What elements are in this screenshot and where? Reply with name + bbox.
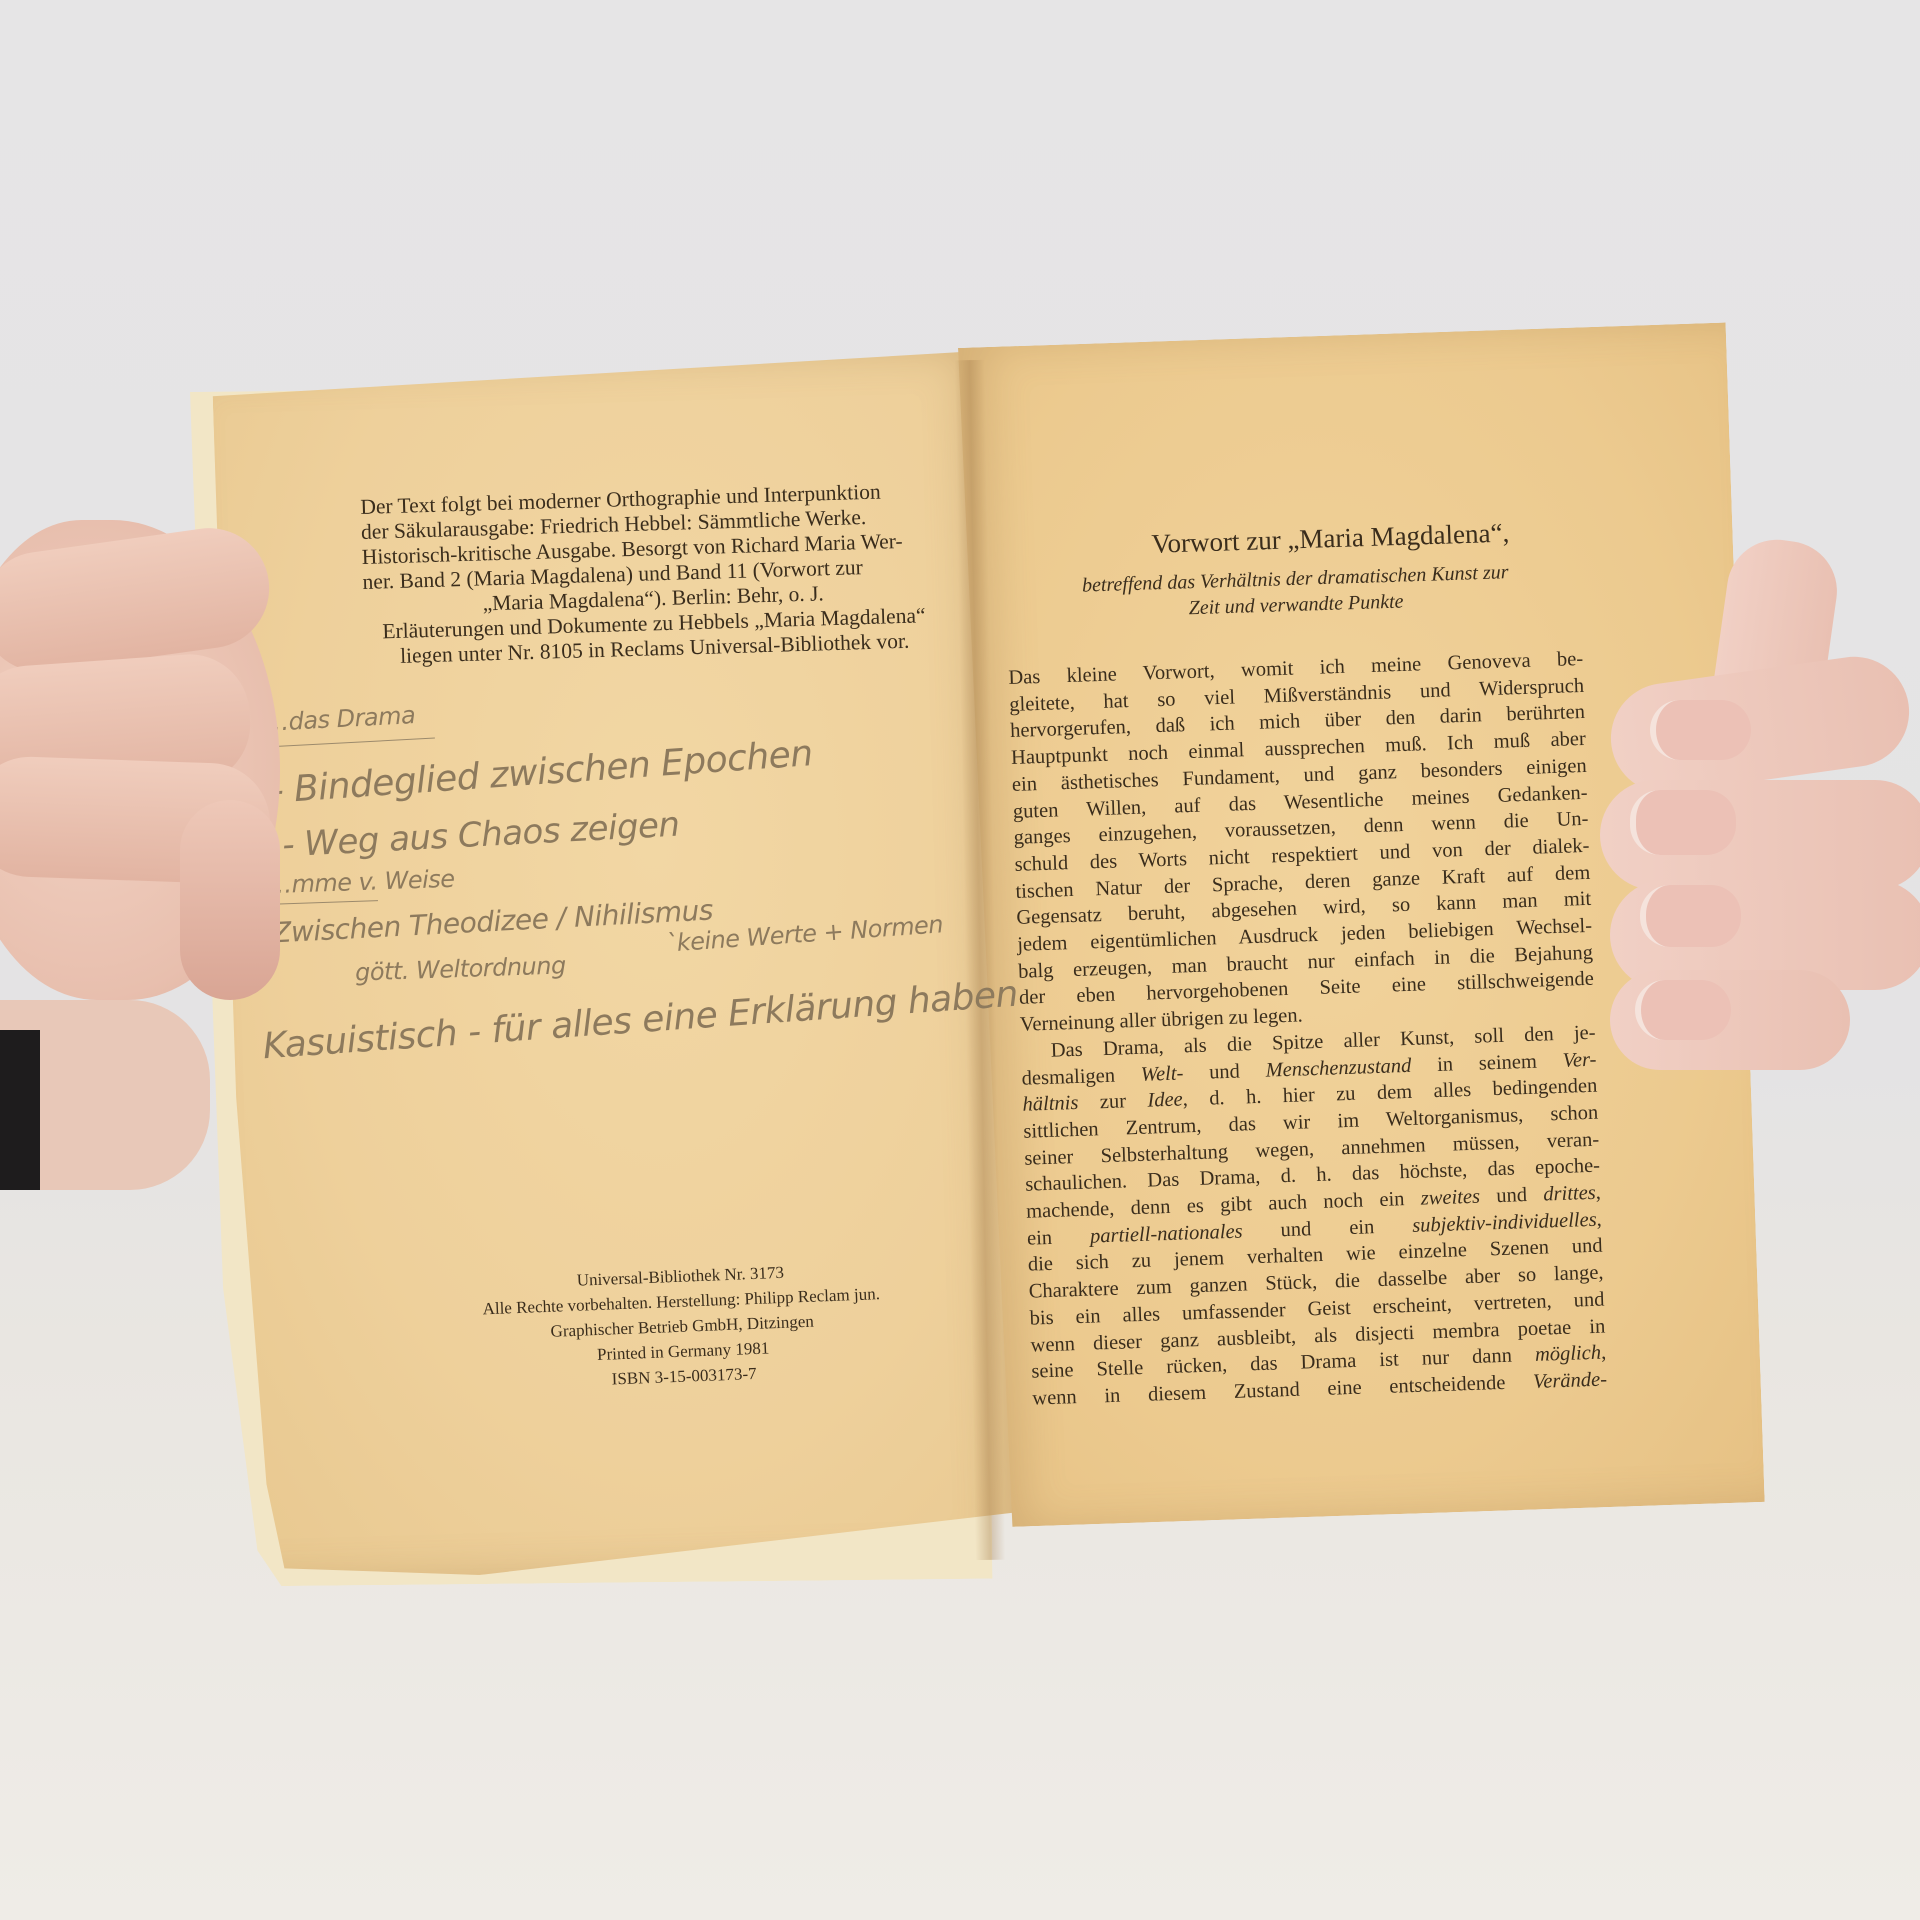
fingernail bbox=[1630, 790, 1736, 855]
italic-run: Verände- bbox=[1533, 1369, 1608, 1393]
dark-sleeve bbox=[0, 1030, 40, 1190]
body-text: Das kleine Vorwort, womit ich meine Geno… bbox=[1008, 646, 1607, 1412]
italic-run: Ver- bbox=[1562, 1048, 1596, 1071]
photo-scene: Der Text folgt bei moderner Orthographie… bbox=[0, 0, 1920, 1920]
colophon-text: Der Text folgt bei moderner Orthographie… bbox=[360, 478, 945, 670]
fingernail bbox=[1635, 980, 1731, 1040]
italic-run: drittes bbox=[1543, 1182, 1596, 1206]
right-hand bbox=[1600, 540, 1920, 1200]
fingernail bbox=[1650, 700, 1751, 760]
fingernail bbox=[1640, 885, 1741, 947]
italic-run: partiell-nationales bbox=[1090, 1220, 1243, 1247]
text-run: ein bbox=[1027, 1225, 1091, 1249]
imprint-text: Universal-Bibliothek Nr. 3173 Alle Recht… bbox=[440, 1255, 924, 1398]
text-run: und bbox=[1480, 1184, 1544, 1208]
italic-run: subjektiv-individuelles bbox=[1412, 1209, 1597, 1237]
italic-run: hältnis bbox=[1022, 1092, 1079, 1116]
text-run: und bbox=[1183, 1059, 1266, 1084]
italic-run: Idee bbox=[1147, 1089, 1183, 1112]
left-hand-thumb bbox=[180, 800, 280, 1000]
italic-run: Menschenzustand bbox=[1265, 1054, 1411, 1081]
text-run: in seinem bbox=[1411, 1049, 1563, 1076]
text-run: zur bbox=[1078, 1090, 1148, 1114]
italic-run: zweites bbox=[1420, 1186, 1480, 1210]
text-run: und ein bbox=[1242, 1215, 1412, 1243]
italic-run: Welt- bbox=[1140, 1062, 1183, 1085]
italic-run: möglich bbox=[1535, 1342, 1602, 1366]
text-run: desmaligen bbox=[1021, 1063, 1141, 1089]
